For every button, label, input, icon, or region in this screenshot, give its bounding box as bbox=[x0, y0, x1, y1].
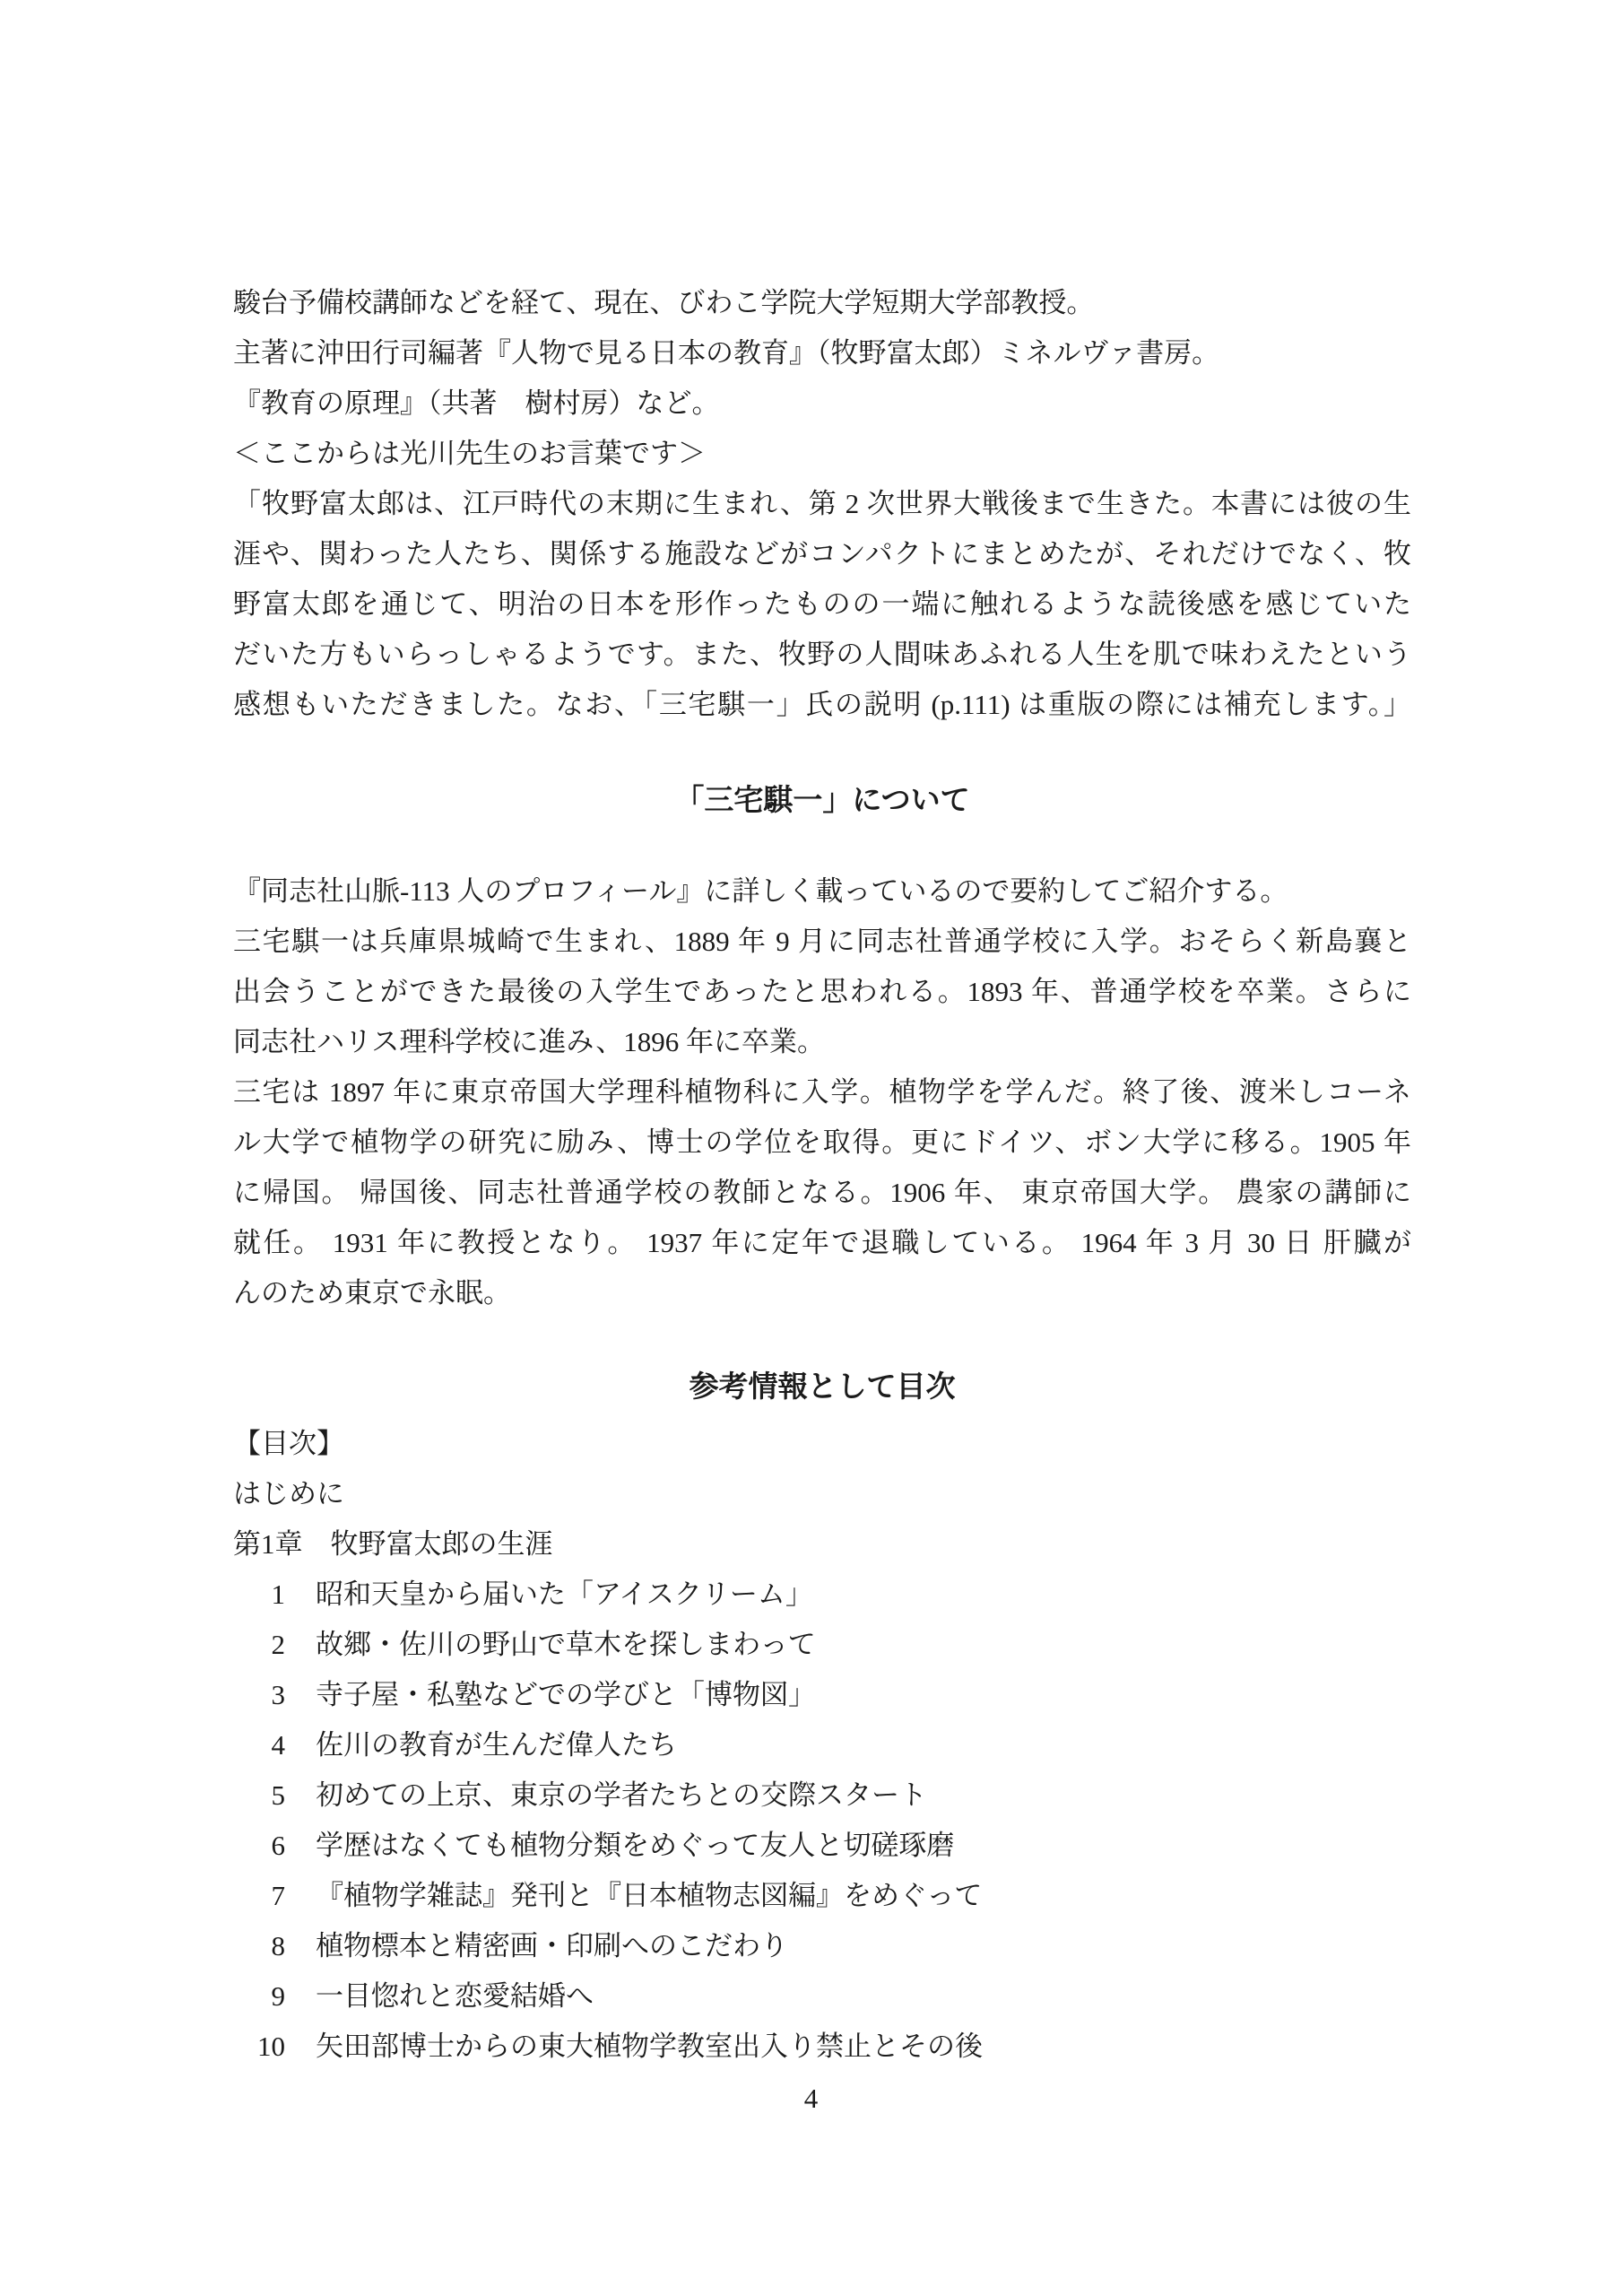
document-page: 駿台予備校講師などを経て、現在、びわこ学院大学短期大学部教授。 主著に沖田行司編… bbox=[0, 0, 1622, 2296]
miyake-line-8: 就任。 1931 年に教授となり。 1937 年に定年で退職している。 1964… bbox=[233, 1218, 1411, 1268]
toc-item-text: 植物標本と精密画・印刷へのこだわり bbox=[316, 1921, 788, 1971]
quote-line-3: 野富太郎を通じて、明治の日本を形作ったものの一端に触れるような読後感を感じていた bbox=[233, 579, 1411, 630]
miyake-line-5: 三宅は 1897 年に東京帝国大学理科植物科に入学。植物学を学んだ。終了後、渡米… bbox=[233, 1067, 1411, 1118]
toc-item-5: 5 初めての上京、東京の学者たちとの交際スタート bbox=[233, 1770, 1411, 1821]
quote-line-1: 「牧野富太郎は、江戸時代の末期に生まれ、第 2 次世界大戦後まで生きた。本書には… bbox=[233, 479, 1411, 529]
toc-item-number: 3 bbox=[233, 1670, 285, 1720]
toc-item-9: 9 一目惚れと恋愛結婚へ bbox=[233, 1971, 1411, 2022]
toc-item-text: 矢田部博士からの東大植物学教室出入り禁止とその後 bbox=[316, 2022, 983, 2072]
toc-item-6: 6 学歴はなくても植物分類をめぐって友人と切磋琢磨 bbox=[233, 1821, 1411, 1871]
quote-line-2: 涯や、関わった人たち、関係する施設などがコンパクトにまとめたが、それだけでなく、… bbox=[233, 529, 1411, 579]
miyake-line-6: ル大学で植物学の研究に励み、博士の学位を取得。更にドイツ、ボン大学に移る。190… bbox=[233, 1118, 1411, 1168]
toc-item-2: 2 故郷・佐川の野山で草木を探しまわって bbox=[233, 1620, 1411, 1670]
toc-item-number: 1 bbox=[233, 1570, 285, 1620]
toc-item-text: 佐川の教育が生んだ偉人たち bbox=[316, 1720, 677, 1770]
toc-item-text: 寺子屋・私塾などでの学びと「博物図」 bbox=[316, 1670, 816, 1720]
toc-item-number: 4 bbox=[233, 1720, 285, 1770]
toc-preface: はじめに bbox=[233, 1469, 1411, 1519]
intro-line-3: 『教育の原理』（共著 樹村房）など。 bbox=[233, 378, 1411, 429]
toc-item-text: 『植物学雑誌』発刊と『日本植物志図編』をめぐって bbox=[316, 1871, 982, 1921]
toc-item-4: 4 佐川の教育が生んだ偉人たち bbox=[233, 1720, 1411, 1770]
toc-item-7: 7 『植物学雑誌』発刊と『日本植物志図編』をめぐって bbox=[233, 1871, 1411, 1921]
page-content: 駿台予備校講師などを経て、現在、びわこ学院大学短期大学部教授。 主著に沖田行司編… bbox=[233, 278, 1411, 2072]
toc-item-number: 6 bbox=[233, 1821, 285, 1871]
toc-item-3: 3 寺子屋・私塾などでの学びと「博物図」 bbox=[233, 1670, 1411, 1720]
toc-item-text: 初めての上京、東京の学者たちとの交際スタート bbox=[316, 1770, 927, 1821]
intro-line-4: ＜ここからは光川先生のお言葉です＞ bbox=[233, 429, 1411, 479]
toc-item-8: 8 植物標本と精密画・印刷へのこだわり bbox=[233, 1921, 1411, 1971]
toc-item-10: 10 矢田部博士からの東大植物学教室出入り禁止とその後 bbox=[233, 2022, 1411, 2072]
miyake-line-1: 『同志社山脈-113 人のプロフィール』に詳しく載っているので要約してご紹介する… bbox=[233, 866, 1411, 917]
intro-line-1: 駿台予備校講師などを経て、現在、びわこ学院大学短期大学部教授。 bbox=[233, 278, 1411, 328]
miyake-line-3: 出会うことができた最後の入学生であったと思われる。1893 年、普通学校を卒業。… bbox=[233, 967, 1411, 1017]
toc-item-number: 10 bbox=[233, 2022, 285, 2072]
toc-item-number: 5 bbox=[233, 1770, 285, 1821]
quote-line-5: 感想もいただきました。なお、「三宅騏一」氏の説明 (p.111) は重版の際には… bbox=[233, 680, 1411, 730]
toc-item-number: 9 bbox=[233, 1971, 285, 2022]
toc-label: 【目次】 bbox=[233, 1419, 1411, 1469]
toc-item-1: 1 昭和天皇から届いた「アイスクリーム」 bbox=[233, 1570, 1411, 1620]
miyake-line-9: んのため東京で永眠。 bbox=[233, 1268, 1411, 1318]
section-heading-miyake: 「三宅騏一」について bbox=[233, 775, 1411, 825]
toc-item-text: 故郷・佐川の野山で草木を探しまわって bbox=[316, 1620, 816, 1670]
toc-item-number: 8 bbox=[233, 1921, 285, 1971]
page-number: 4 bbox=[0, 2079, 1622, 2118]
intro-line-2: 主著に沖田行司編著『人物で見る日本の教育』（牧野富太郎）ミネルヴァ書房。 bbox=[233, 328, 1411, 378]
toc-item-number: 7 bbox=[233, 1871, 285, 1921]
quote-line-4: だいた方もいらっしゃるようです。また、牧野の人間味あふれる人生を肌で味わえたとい… bbox=[233, 630, 1411, 680]
toc-item-number: 2 bbox=[233, 1620, 285, 1670]
toc-chapter-1: 第1章 牧野富太郎の生涯 bbox=[233, 1519, 1411, 1570]
miyake-line-2: 三宅騏一は兵庫県城崎で生まれ、1889 年 9 月に同志社普通学校に入学。おそら… bbox=[233, 917, 1411, 967]
section-heading-toc: 参考情報として目次 bbox=[233, 1361, 1411, 1412]
miyake-line-7: に帰国。 帰国後、同志社普通学校の教師となる。1906 年、 東京帝国大学。 農… bbox=[233, 1168, 1411, 1218]
miyake-line-4: 同志社ハリス理科学校に進み、1896 年に卒業。 bbox=[233, 1017, 1411, 1067]
toc-item-text: 学歴はなくても植物分類をめぐって友人と切磋琢磨 bbox=[316, 1821, 954, 1871]
toc-item-text: 一目惚れと恋愛結婚へ bbox=[316, 1971, 594, 2022]
toc-item-text: 昭和天皇から届いた「アイスクリーム」 bbox=[316, 1570, 813, 1620]
